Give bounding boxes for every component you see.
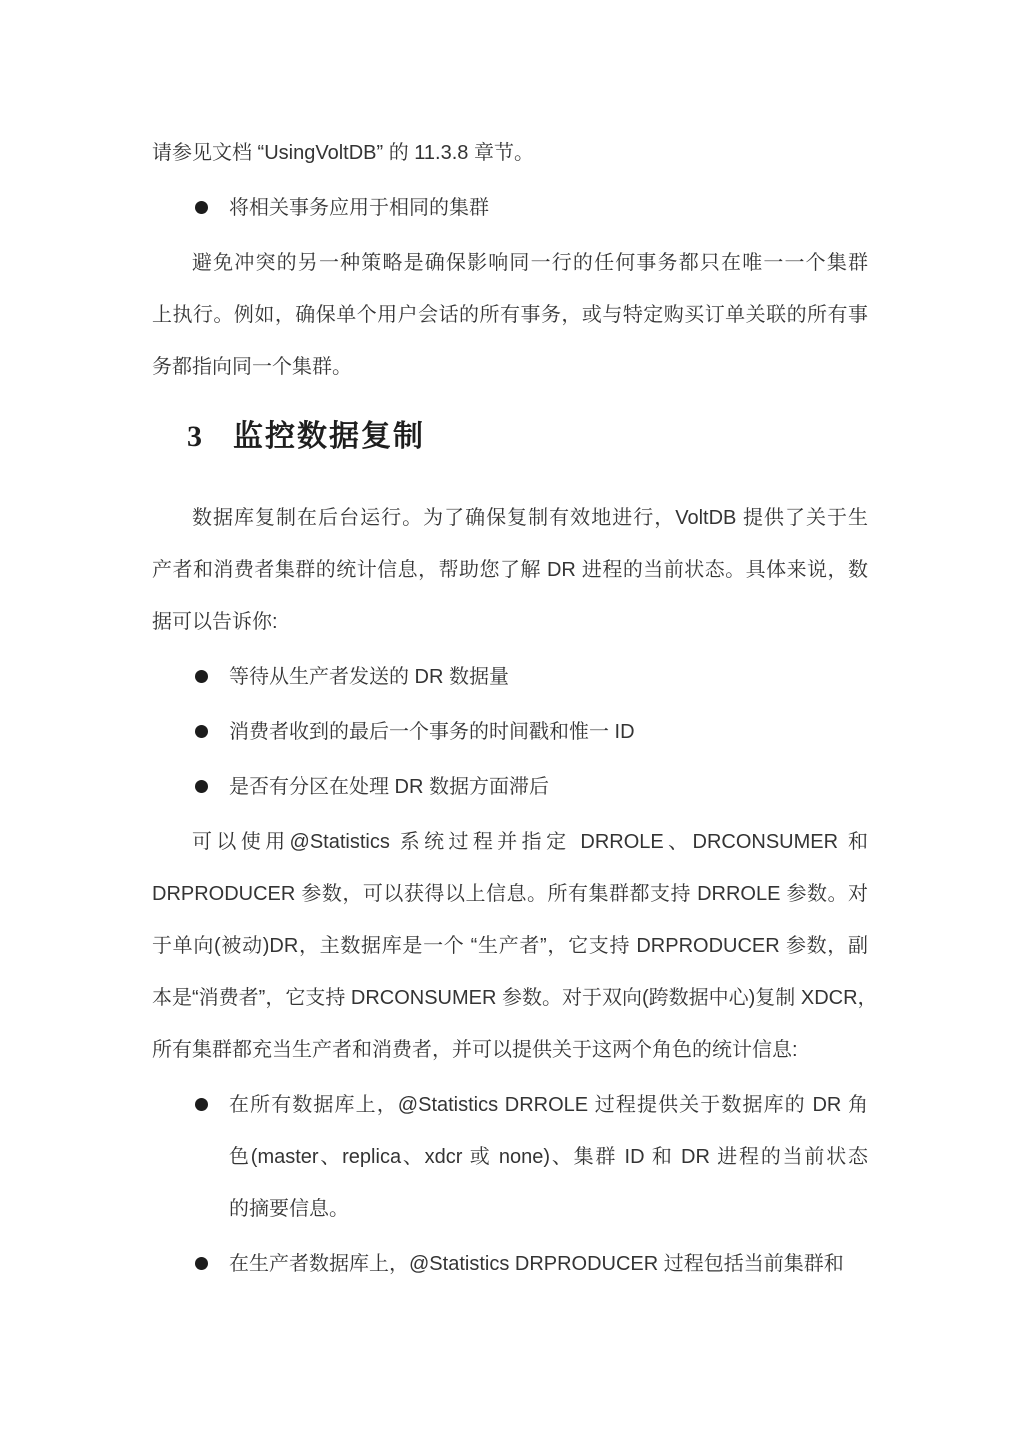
- bullet-dot-icon: [195, 725, 208, 738]
- document-page: 请参见文档 “UsingVoltDB” 的 11.3.8 章节。将相关事务应用于…: [0, 0, 1019, 1440]
- bullet-item: 是否有分区在处理 DR 数据方面滞后: [152, 761, 868, 813]
- paragraph: 避免冲突的另一种策略是确保影响同一行的任何事务都只在唯一一个集群上执行。例如，确…: [152, 237, 868, 393]
- bullet-item: 在生产者数据库上，@Statistics DRPRODUCER 过程包括当前集群…: [152, 1238, 868, 1290]
- bullet-dot-icon: [195, 780, 208, 793]
- text-line: 避免冲突的另一种策略是确保影响同一行的任何事务都只在唯一一个集群: [152, 237, 868, 289]
- paragraph: 数据库复制在后台运行。为了确保复制有效地进行，VoltDB 提供了关于生产者和消…: [152, 492, 868, 648]
- text-line: 色(master、replica、xdcr 或 none)、集群 ID 和 DR…: [229, 1131, 868, 1183]
- bullet-dot-icon: [195, 761, 229, 793]
- bullet-item: 等待从生产者发送的 DR 数据量: [152, 651, 868, 703]
- text-line: 上执行。例如，确保单个用户会话的所有事务，或与特定购买订单关联的所有事: [152, 289, 868, 341]
- text-line: DRPRODUCER 参数，可以获得以上信息。所有集群都支持 DRROLE 参数…: [152, 868, 868, 920]
- text-line: 数据库复制在后台运行。为了确保复制有效地进行，VoltDB 提供了关于生: [152, 492, 868, 544]
- bullet-dot-icon: [195, 182, 229, 214]
- bullet-dot-icon: [195, 1098, 208, 1111]
- paragraph: 请参见文档 “UsingVoltDB” 的 11.3.8 章节。: [152, 127, 868, 179]
- bullet-text: 消费者收到的最后一个事务的时间戳和惟一 ID: [229, 706, 868, 758]
- text-line: 的摘要信息。: [229, 1183, 868, 1235]
- text-line: 于单向(被动)DR，主数据库是一个 “生产者”，它支持 DRPRODUCER 参…: [152, 920, 868, 972]
- section-title: 监控数据复制: [233, 411, 425, 463]
- bullet-item: 在所有数据库上，@Statistics DRROLE 过程提供关于数据库的 DR…: [152, 1079, 868, 1235]
- bullet-text: 在所有数据库上，@Statistics DRROLE 过程提供关于数据库的 DR…: [229, 1079, 868, 1235]
- bullet-dot-icon: [195, 706, 229, 738]
- section-heading: 3监控数据复制: [152, 411, 868, 463]
- document-content: 请参见文档 “UsingVoltDB” 的 11.3.8 章节。将相关事务应用于…: [152, 0, 868, 1290]
- text-line: 等待从生产者发送的 DR 数据量: [229, 651, 868, 703]
- text-line: 在生产者数据库上，@Statistics DRPRODUCER 过程包括当前集群…: [229, 1238, 868, 1290]
- bullet-text: 在生产者数据库上，@Statistics DRPRODUCER 过程包括当前集群…: [229, 1238, 868, 1290]
- bullet-text: 等待从生产者发送的 DR 数据量: [229, 651, 868, 703]
- bullet-dot-icon: [195, 1238, 229, 1270]
- text-line: 所有集群都充当生产者和消费者，并可以提供关于这两个角色的统计信息:: [152, 1024, 868, 1076]
- bullet-dot-icon: [195, 1257, 208, 1270]
- text-line: 务都指向同一个集群。: [152, 341, 868, 393]
- bullet-dot-icon: [195, 651, 229, 683]
- text-line: 本是“消费者”，它支持 DRCONSUMER 参数。对于双向(跨数据中心)复制 …: [152, 972, 868, 1024]
- text-line: 在所有数据库上，@Statistics DRROLE 过程提供关于数据库的 DR…: [229, 1079, 868, 1131]
- bullet-dot-icon: [195, 670, 208, 683]
- bullet-dot-icon: [195, 201, 208, 214]
- bullet-text: 将相关事务应用于相同的集群: [229, 182, 868, 234]
- text-line: 据可以告诉你:: [152, 596, 868, 648]
- text-line: 是否有分区在处理 DR 数据方面滞后: [229, 761, 868, 813]
- text-line: 将相关事务应用于相同的集群: [229, 182, 868, 234]
- bullet-dot-icon: [195, 1079, 229, 1111]
- bullet-item: 将相关事务应用于相同的集群: [152, 182, 868, 234]
- text-line: 消费者收到的最后一个事务的时间戳和惟一 ID: [229, 706, 868, 758]
- text-line: 请参见文档 “UsingVoltDB” 的 11.3.8 章节。: [152, 127, 868, 179]
- bullet-text: 是否有分区在处理 DR 数据方面滞后: [229, 761, 868, 813]
- text-line: 可以使用@Statistics 系统过程并指定 DRROLE、DRCONSUME…: [152, 816, 868, 868]
- text-line: 产者和消费者集群的统计信息，帮助您了解 DR 进程的当前状态。具体来说，数: [152, 544, 868, 596]
- bullet-item: 消费者收到的最后一个事务的时间戳和惟一 ID: [152, 706, 868, 758]
- paragraph: 可以使用@Statistics 系统过程并指定 DRROLE、DRCONSUME…: [152, 816, 868, 1076]
- section-number: 3: [187, 411, 202, 463]
